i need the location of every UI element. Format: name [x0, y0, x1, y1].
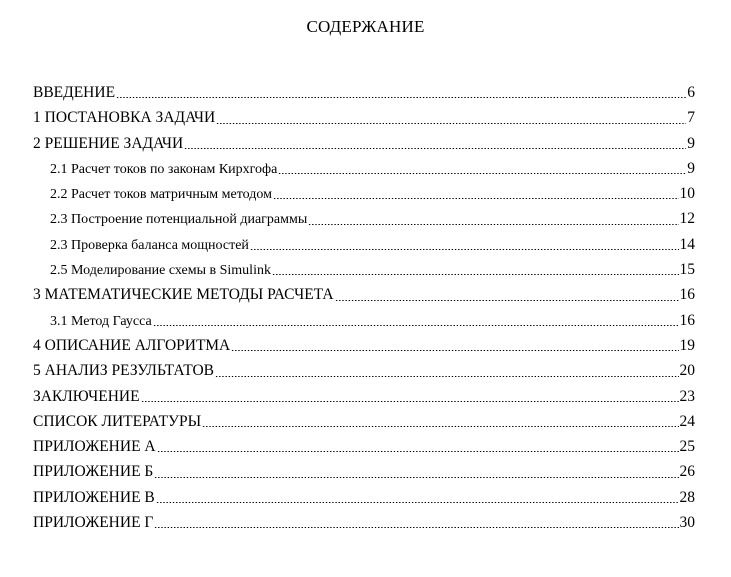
- toc-entry[interactable]: ЗАКЛЮЧЕНИЕ23: [33, 384, 695, 409]
- toc-entry[interactable]: 2.3 Построение потенциальной диаграммы12: [33, 206, 695, 231]
- toc-entry-label: 2.1 Расчет токов по законам Кирхгофа: [50, 157, 277, 182]
- toc-entry-label: ПРИЛОЖЕНИЕ Б: [33, 459, 153, 484]
- toc-entry-label: 2 РЕШЕНИЕ ЗАДАЧИ: [33, 131, 183, 156]
- dot-leader: [154, 477, 678, 478]
- toc-entry-page-number: 28: [680, 485, 696, 510]
- toc-entry[interactable]: ВВЕДЕНИЕ6: [33, 80, 695, 105]
- toc-entry-page-number: 9: [687, 131, 695, 156]
- dot-leader: [141, 401, 679, 402]
- toc-entry-label: 3 МАТЕМАТИЧЕСКИЕ МЕТОДЫ РАСЧЕТА: [33, 282, 334, 307]
- dot-leader: [250, 249, 679, 250]
- toc-entry-page-number: 15: [680, 257, 696, 282]
- toc-entry[interactable]: 2.5 Моделирование схемы в Simulink15: [33, 257, 695, 282]
- toc-entry[interactable]: 2.2 Расчет токов матричным методом10: [33, 181, 695, 206]
- toc-entry-label: 2.2 Расчет токов матричным методом: [50, 182, 272, 207]
- dot-leader: [116, 97, 686, 98]
- toc-entry-page-number: 23: [680, 384, 696, 409]
- toc-entry[interactable]: 2 РЕШЕНИЕ ЗАДАЧИ9: [33, 131, 695, 156]
- toc-entry-page-number: 16: [680, 308, 696, 333]
- toc-entry-label: 2.3 Проверка баланса мощностей: [50, 233, 249, 258]
- dot-leader: [153, 325, 679, 326]
- toc-entry-label: ПРИЛОЖЕНИЕ Г: [33, 510, 153, 535]
- dot-leader: [231, 350, 678, 351]
- dot-leader: [335, 300, 679, 301]
- toc-entry-page-number: 26: [680, 459, 696, 484]
- toc-entry-label: ПРИЛОЖЕНИЕ В: [33, 485, 155, 510]
- toc-entry[interactable]: 3 МАТЕМАТИЧЕСКИЕ МЕТОДЫ РАСЧЕТА16: [33, 282, 695, 307]
- toc-entry-page-number: 6: [687, 80, 695, 105]
- page-title: СОДЕРЖАНИЕ: [0, 17, 731, 37]
- toc-entry-label: СПИСОК ЛИТЕРАТУРЫ: [33, 409, 201, 434]
- toc-entry[interactable]: СПИСОК ЛИТЕРАТУРЫ24: [33, 409, 695, 434]
- toc-entry-page-number: 24: [680, 409, 696, 434]
- dot-leader: [156, 502, 679, 503]
- toc-entry[interactable]: ПРИЛОЖЕНИЕ В28: [33, 485, 695, 510]
- table-of-contents: ВВЕДЕНИЕ61 ПОСТАНОВКА ЗАДАЧИ72 РЕШЕНИЕ З…: [33, 80, 695, 535]
- toc-entry-label: 1 ПОСТАНОВКА ЗАДАЧИ: [33, 105, 215, 130]
- toc-entry-label: ПРИЛОЖЕНИЕ А: [33, 434, 156, 459]
- dot-leader: [215, 376, 678, 377]
- dot-leader: [273, 198, 679, 199]
- toc-entry[interactable]: 2.1 Расчет токов по законам Кирхгофа9: [33, 156, 695, 181]
- toc-entry-page-number: 10: [680, 181, 696, 206]
- dot-leader: [154, 527, 678, 528]
- toc-entry[interactable]: ПРИЛОЖЕНИЕ Б26: [33, 459, 695, 484]
- dot-leader: [157, 451, 679, 452]
- dot-leader: [184, 148, 686, 149]
- toc-entry[interactable]: 1 ПОСТАНОВКА ЗАДАЧИ7: [33, 105, 695, 130]
- toc-entry-page-number: 7: [687, 105, 695, 130]
- toc-entry-label: 5 АНАЛИЗ РЕЗУЛЬТАТОВ: [33, 358, 214, 383]
- toc-entry-page-number: 14: [680, 232, 696, 257]
- toc-entry-label: ВВЕДЕНИЕ: [33, 80, 115, 105]
- toc-entry[interactable]: 2.3 Проверка баланса мощностей14: [33, 232, 695, 257]
- toc-entry-label: 4 ОПИСАНИЕ АЛГОРИТМА: [33, 333, 230, 358]
- toc-entry[interactable]: 5 АНАЛИЗ РЕЗУЛЬТАТОВ20: [33, 358, 695, 383]
- toc-entry[interactable]: 4 ОПИСАНИЕ АЛГОРИТМА19: [33, 333, 695, 358]
- dot-leader: [278, 173, 686, 174]
- dot-leader: [272, 274, 679, 275]
- toc-entry-label: 2.5 Моделирование схемы в Simulink: [50, 258, 271, 283]
- toc-entry[interactable]: ПРИЛОЖЕНИЕ Г30: [33, 510, 695, 535]
- toc-entry-page-number: 19: [680, 333, 696, 358]
- toc-entry-page-number: 30: [680, 510, 696, 535]
- toc-entry-label: 2.3 Построение потенциальной диаграммы: [50, 207, 307, 232]
- toc-entry-page-number: 12: [680, 206, 696, 231]
- dot-leader: [202, 426, 678, 427]
- toc-entry-label: ЗАКЛЮЧЕНИЕ: [33, 384, 140, 409]
- toc-entry-page-number: 9: [687, 156, 695, 181]
- dot-leader: [308, 224, 678, 225]
- toc-entry-page-number: 25: [680, 434, 696, 459]
- toc-entry-page-number: 20: [680, 358, 696, 383]
- dot-leader: [216, 123, 686, 124]
- toc-entry-page-number: 16: [680, 282, 696, 307]
- toc-entry[interactable]: 3.1 Метод Гаусса16: [33, 308, 695, 333]
- toc-entry[interactable]: ПРИЛОЖЕНИЕ А25: [33, 434, 695, 459]
- toc-entry-label: 3.1 Метод Гаусса: [50, 309, 152, 334]
